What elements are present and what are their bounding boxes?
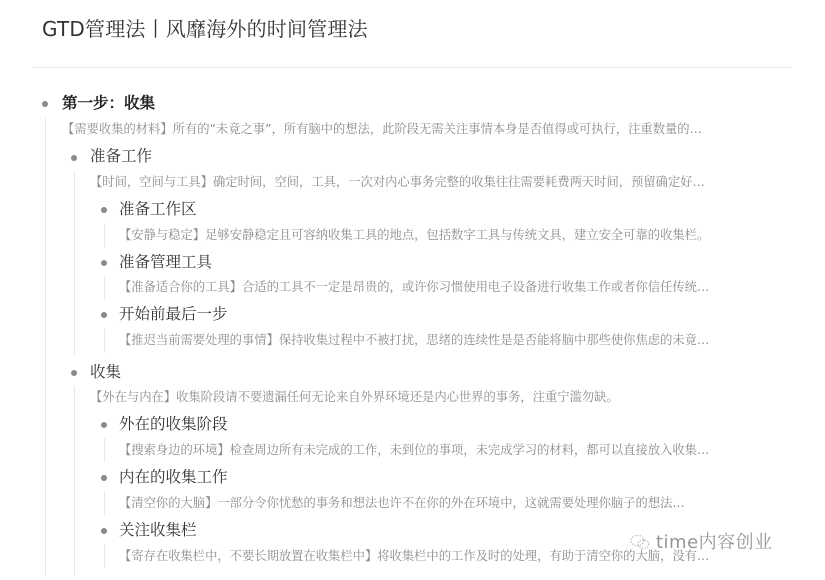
bullet-icon[interactable] — [101, 207, 107, 213]
bullet-icon[interactable] — [101, 312, 107, 318]
bullet-icon[interactable] — [101, 422, 107, 428]
outline-node-collect-title[interactable]: 收集 — [90, 361, 121, 383]
watermark: time内容创业 — [630, 528, 773, 554]
guide-line-level-2 — [104, 276, 105, 300]
outline-node-prep-note[interactable]: 【时间，空间与工具】确定时间，空间，工具，一次对内心事务完整的收集往往需要耗费两… — [90, 173, 792, 191]
guide-line-level-2 — [104, 329, 105, 353]
outline-node-inbox-title[interactable]: 关注收集栏 — [119, 519, 197, 541]
guide-line-level-1 — [74, 171, 75, 355]
watermark-text: time内容创业 — [656, 532, 773, 553]
outline-node-internal-note[interactable]: 【清空你的大脑】一部分令你忧愁的事务和想法也许不在你的外在环境中，这就需要处理你… — [119, 494, 791, 512]
guide-line-level-2 — [104, 544, 105, 568]
outline-node-root-title[interactable]: 第一步：收集 — [62, 92, 155, 114]
outline-node-laststep-note[interactable]: 【推迟当前需要处理的事情】保持收集过程中不被打扰，思绪的连续性是是否能将脑中那些… — [119, 331, 791, 349]
bullet-icon[interactable] — [42, 101, 48, 107]
guide-line-level-0 — [45, 118, 46, 576]
outline-node-internal-title[interactable]: 内在的收集工作 — [119, 466, 228, 488]
outline-node-external-note[interactable]: 【搜索身边的环境】检查周边所有未完成的工作，未到位的事项，未完成学习的材料，都可… — [119, 441, 791, 459]
outline-node-workspace-note[interactable]: 【安静与稳定】足够安静稳定且可容纳收集工具的地点，包括数字工具与传统文具，建立安… — [119, 226, 791, 244]
wechat-icon — [630, 534, 650, 550]
outline-tree: 第一步：收集 【需要收集的材料】所有的“未竟之事”，所有脑中的想法，此阶段无需关… — [0, 0, 825, 580]
outline-node-tools-note[interactable]: 【准备适合你的工具】合适的工具不一定是昂贵的，或许你习惯使用电子设备进行收集工作… — [119, 278, 791, 296]
bullet-icon[interactable] — [101, 475, 107, 481]
outline-node-collect-note[interactable]: 【外在与内在】收集阶段请不要遗漏任何无论来自外界环境还是内心世界的事务，注重宁滥… — [90, 388, 792, 406]
outline-node-external-title[interactable]: 外在的收集阶段 — [119, 413, 228, 435]
outline-node-workspace-title[interactable]: 准备工作区 — [119, 198, 197, 220]
bullet-icon[interactable] — [101, 528, 107, 534]
bullet-icon[interactable] — [71, 155, 77, 161]
guide-line-level-2 — [104, 491, 105, 515]
outline-node-laststep-title[interactable]: 开始前最后一步 — [119, 303, 228, 325]
outline-node-prep-title[interactable]: 准备工作 — [90, 145, 152, 167]
guide-line-level-2 — [104, 223, 105, 247]
outline-node-root-note[interactable]: 【需要收集的材料】所有的“未竟之事”，所有脑中的想法，此阶段无需关注事情本身是否… — [62, 120, 792, 138]
bullet-icon[interactable] — [101, 260, 107, 266]
bullet-icon[interactable] — [71, 370, 77, 376]
guide-line-level-1 — [74, 386, 75, 576]
guide-line-level-2 — [104, 438, 105, 462]
outline-node-tools-title[interactable]: 准备管理工具 — [119, 251, 212, 273]
